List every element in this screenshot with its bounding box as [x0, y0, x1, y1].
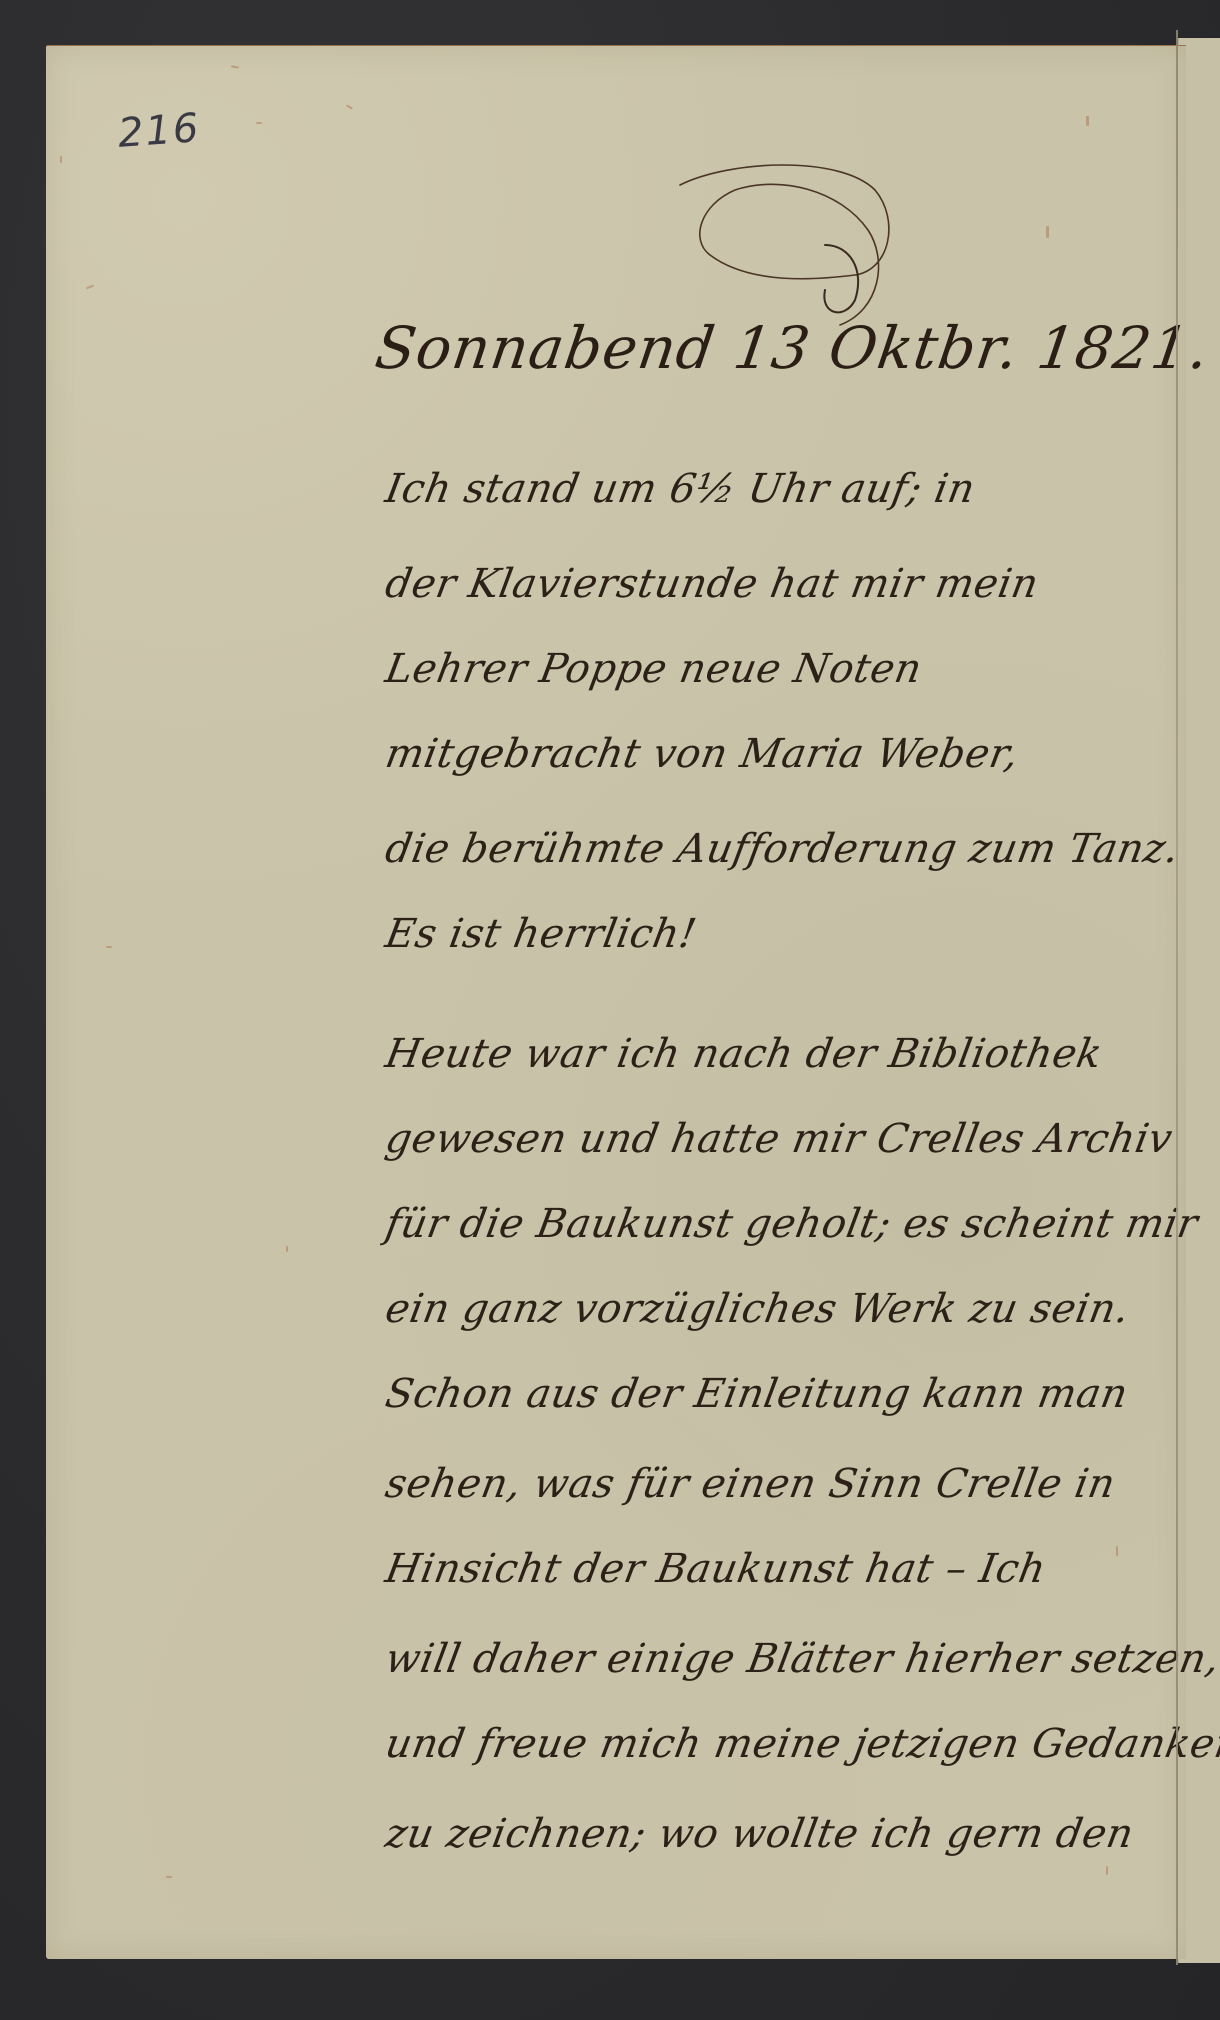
- page-gutter-fold: [1176, 30, 1178, 1965]
- text-line: Hinsicht der Baukunst hat – Ich: [382, 1546, 1050, 1592]
- manuscript-page: 216 Sonnabend 13 Oktbr. 1821. Ich stand …: [46, 45, 1186, 1959]
- text-line: zu zeichnen; wo wollte ich gern den: [382, 1811, 1137, 1857]
- text-line: sehen, was für einen Sinn Crelle in: [382, 1461, 1119, 1507]
- text-line: die berühmte Aufforderung zum Tanz.: [382, 826, 1183, 872]
- text-line: Heute war ich nach der Bibliothek: [382, 1031, 1106, 1077]
- text-line: Schon aus der Einleitung kann man: [382, 1371, 1132, 1417]
- text-line: Es ist herrlich!: [382, 911, 700, 957]
- text-line: gewesen und hatte mir Crelles Archiv: [382, 1116, 1176, 1162]
- diary-entry: Sonnabend 13 Oktbr. 1821. Ich stand um 6…: [46, 46, 1186, 1959]
- text-line: der Klavierstunde hat mir mein: [382, 561, 1042, 607]
- text-line: und freue mich meine jetzigen Gedanken: [382, 1721, 1220, 1767]
- text-line: Ich stand um 6½ Uhr auf; in: [382, 466, 979, 512]
- text-line: Lehrer Poppe neue Noten: [382, 646, 925, 692]
- text-line: will daher einige Blätter hierher setzen…: [382, 1636, 1220, 1682]
- text-line: ein ganz vorzügliches Werk zu sein.: [382, 1286, 1133, 1332]
- text-line: mitgebracht von Maria Weber,: [382, 731, 1022, 777]
- entry-date-heading: Sonnabend 13 Oktbr. 1821.: [371, 314, 1214, 382]
- text-line: für die Baukunst geholt; es scheint mir: [382, 1201, 1202, 1247]
